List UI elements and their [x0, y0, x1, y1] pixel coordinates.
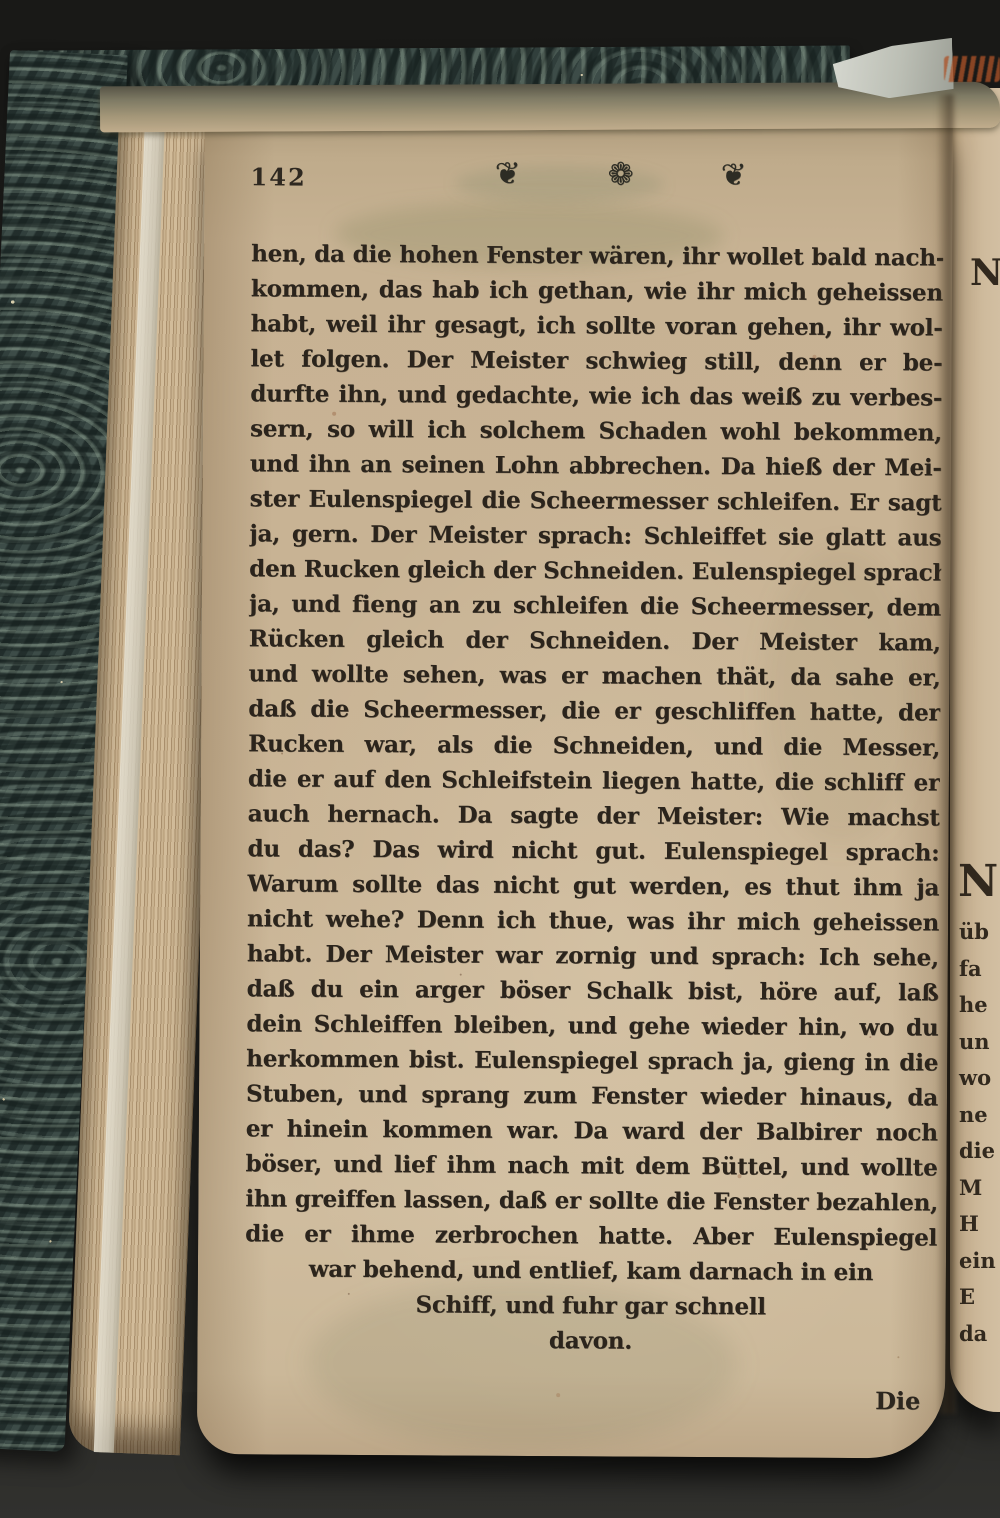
text-line: hen, da die hohen Fenster wären, ihr wol…: [251, 236, 943, 275]
text-line: den Rucken gleich der Schneiden. Eulensp…: [249, 551, 941, 590]
text-line: davon.: [244, 1321, 936, 1360]
text-line: ihn greiffen lassen, daß er sollte die F…: [245, 1181, 937, 1220]
text-line: und wollte sehen, was er machen thät, da…: [248, 656, 940, 695]
next-page-edge: N N übfaheunwonedieMHeinEda: [950, 88, 1000, 1412]
text-line: M: [959, 1170, 1000, 1207]
text-line: die: [959, 1133, 1000, 1170]
text-line: Rucken war, als die Schneiden, und die M…: [248, 726, 940, 765]
text-line: ne: [959, 1097, 1000, 1134]
page-crease-shadow: [936, 94, 956, 1414]
text-line: und ihn an seinen Lohn abbrechen. Da hie…: [250, 446, 942, 485]
text-line: E: [959, 1279, 1000, 1316]
book-page: 142 ❦ ❁ ❦ hen, da die hohen Fenster wäre…: [197, 112, 953, 1459]
next-page-initial-fragment: N: [958, 856, 998, 907]
text-line: böser, und lief ihm nach mit dem Büttel,…: [245, 1146, 937, 1185]
header-ornament: ❦ ❁ ❦: [495, 156, 747, 194]
text-line: ein: [959, 1243, 1000, 1280]
rosette-icon: ❁: [608, 156, 634, 192]
next-page-text-fragments: übfaheunwonedieMHeinEda: [959, 914, 1000, 1352]
text-line: er hinein kommen war. Da ward der Balbir…: [246, 1111, 938, 1150]
text-line: un: [959, 1024, 1000, 1061]
text-line: Rücken gleich der Schneiden. Der Meister…: [249, 621, 941, 660]
text-line: Warum sollte das nicht gut werden, es th…: [247, 866, 939, 905]
text-line: habt. Der Meister war zornig und sprach:…: [247, 936, 939, 975]
text-line: habt, weil ihr gesagt, ich sollte voran …: [251, 306, 943, 345]
catchword: Die: [875, 1386, 920, 1415]
book-scan-background: N N übfaheunwonedieMHeinEda 142 ❦ ❁ ❦ he…: [0, 0, 1000, 1518]
text-line: nicht wehe? Denn ich thue, was ihr mich …: [247, 901, 939, 940]
closing-lines: war behend, und entlief, kam darnach in …: [244, 1251, 937, 1360]
text-line: da: [959, 1316, 1000, 1353]
text-line: daß die Scheermesser, die er geschliffen…: [248, 691, 940, 730]
fleuron-right-icon: ❦: [721, 157, 747, 193]
text-line: wo: [959, 1060, 1000, 1097]
next-page-letter-fragment: N: [970, 252, 1000, 294]
text-line: fa: [959, 951, 1000, 988]
body-text: hen, da die hohen Fenster wären, ihr wol…: [245, 236, 943, 1255]
text-line: daß du ein arger böser Schalk bist, höre…: [247, 971, 939, 1010]
text-line: ja, gern. Der Meister sprach: Schleiffet…: [249, 516, 941, 555]
text-line: Schiff, und fuhr gar schnell: [245, 1286, 937, 1325]
red-stamp-fragment: [944, 56, 1000, 82]
text-line: he: [959, 987, 1000, 1024]
text-line: herkommen bist. Eulenspiegel sprach ja, …: [246, 1041, 938, 1080]
text-line: ster Eulenspiegel die Scheermesser schle…: [250, 481, 942, 520]
text-line: die er ihme zerbrochen hatte. Aber Eulen…: [245, 1216, 937, 1255]
text-line: kommen, das hab ich gethan, wie ihr mich…: [251, 271, 943, 310]
text-line: dein Schleiffen bleiben, und gehe wieder…: [246, 1006, 938, 1045]
text-line: H: [959, 1206, 1000, 1243]
text-line: sern, so will ich solchem Schaden wohl b…: [250, 411, 942, 450]
text-line: durfte ihn, und gedachte, wie ich das we…: [250, 376, 942, 415]
text-line: du das? Das wird nicht gut. Eulenspiegel…: [247, 831, 939, 870]
text-line: üb: [959, 914, 1000, 951]
text-line: die er auf den Schleifstein liegen hatte…: [248, 761, 940, 800]
text-line: ja, und fieng an zu schleifen die Scheer…: [249, 586, 941, 625]
text-line: auch hernach. Da sagte der Meister: Wie …: [248, 796, 940, 835]
page-number: 142: [251, 162, 307, 191]
text-line: war behend, und entlief, kam darnach in …: [245, 1251, 937, 1290]
text-line: Stuben, und sprang zum Fenster wieder hi…: [246, 1076, 938, 1115]
text-line: let folgen. Der Meister schwieg still, d…: [250, 341, 942, 380]
fleuron-left-icon: ❦: [495, 156, 521, 192]
